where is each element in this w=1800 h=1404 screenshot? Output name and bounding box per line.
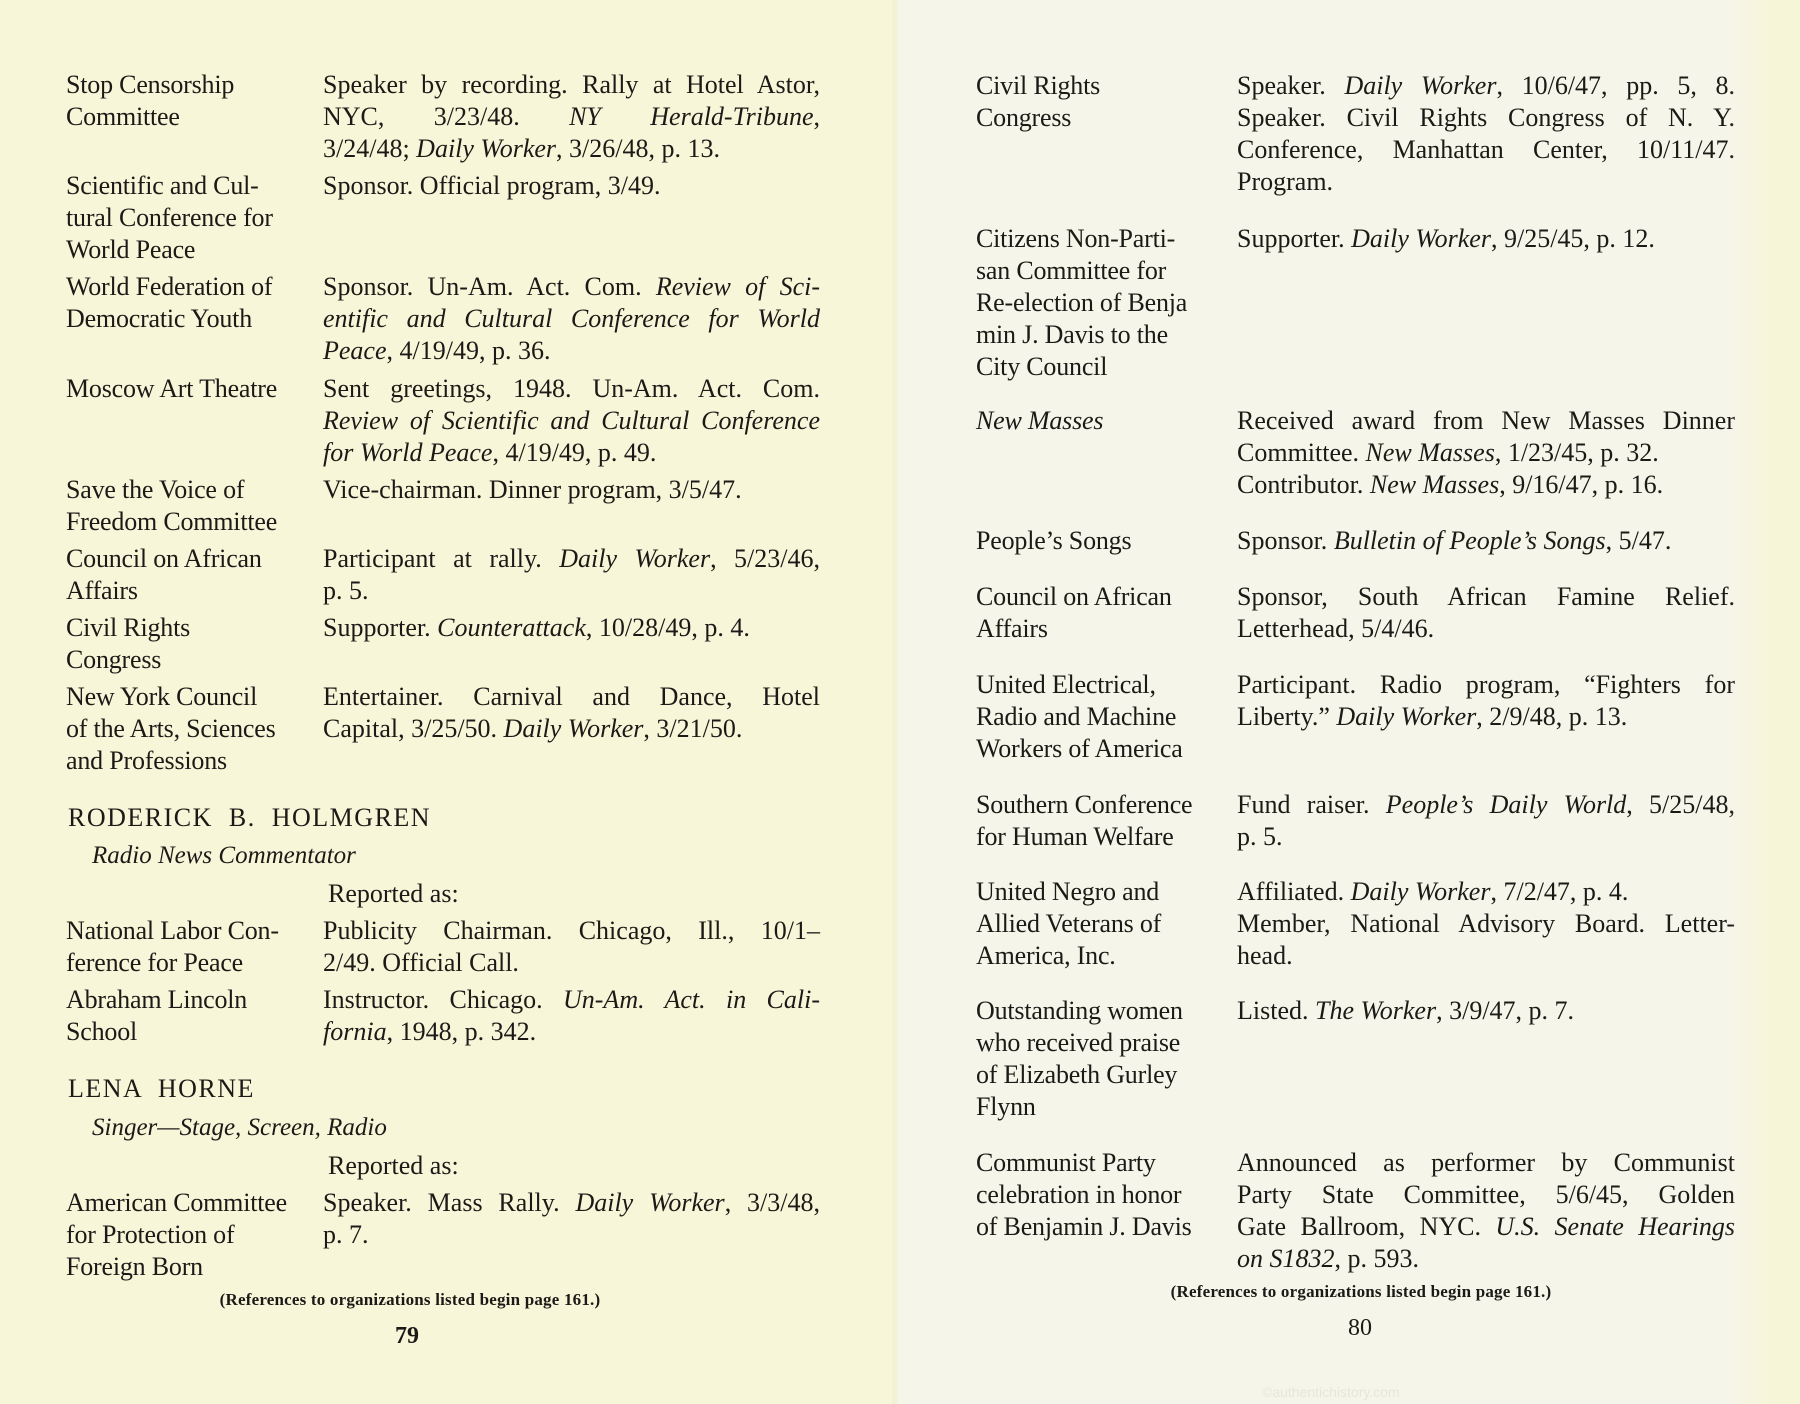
- organization-line: Moscow Art Theatre: [66, 373, 316, 405]
- organization-line: Southern Conference: [976, 789, 1226, 821]
- description-line: p. 5.: [1237, 821, 1735, 853]
- text-run: Sent greetings, 1948. Un-Am. Act. Com.: [323, 374, 820, 403]
- organization-name: Moscow Art Theatre: [66, 373, 316, 405]
- organization-line: Civil Rights: [976, 70, 1226, 102]
- publication-title: on S1832: [1237, 1244, 1335, 1273]
- organization-line: American Committee: [66, 1187, 316, 1219]
- activity-description: Supporter. Counterattack, 10/28/49, p. 4…: [323, 612, 820, 644]
- organization-line: Council on African: [976, 581, 1226, 613]
- description-line: Peace, 4/19/49, p. 36.: [323, 335, 820, 367]
- organization-line: Save the Voice of: [66, 474, 316, 506]
- organization-line: of the Arts, Sciences: [66, 713, 316, 745]
- organization-line: Foreign Born: [66, 1251, 316, 1283]
- reported-as-label: Reported as:: [328, 1150, 459, 1182]
- description-line: Sponsor, South African Famine Relief.: [1237, 581, 1735, 613]
- description-line: Instructor. Chicago. Un-Am. Act. in Cali…: [323, 984, 820, 1016]
- text-run: ,: [814, 102, 821, 131]
- organization-name: United Electrical,Radio and MachineWorke…: [976, 669, 1226, 765]
- publication-title: Daily Worker: [504, 714, 644, 743]
- activity-description: Listed. The Worker, 3/9/47, p. 7.: [1237, 995, 1735, 1027]
- text-run: , 3/3/48,: [725, 1188, 820, 1217]
- organization-line: New York Council: [66, 681, 316, 713]
- activity-description: Sponsor. Un-Am. Act. Com. Review of Sci-…: [323, 271, 820, 367]
- organization-line: Scientific and Cul-: [66, 170, 316, 202]
- publication-title: Review of Sci-: [656, 272, 820, 301]
- publication-title: Daily Worker: [416, 134, 556, 163]
- description-line: Participant at rally. Daily Worker, 5/23…: [323, 543, 820, 575]
- text-run: Speaker by recording. Rally at Hotel Ast…: [323, 70, 820, 99]
- text-run: , 1/23/45, p. 32.: [1495, 438, 1659, 467]
- publication-title: Daily Worker: [1351, 877, 1491, 906]
- text-run: , 7/2/47, p. 4.: [1490, 877, 1628, 906]
- organization-line: who received praise: [976, 1027, 1226, 1059]
- description-line: Capital, 3/25/50. Daily Worker, 3/21/50.: [323, 713, 820, 745]
- reported-as-label: Reported as:: [328, 878, 459, 910]
- description-line: Speaker. Mass Rally. Daily Worker, 3/3/4…: [323, 1187, 820, 1219]
- publication-title: The Worker: [1315, 996, 1436, 1025]
- organization-line: School: [66, 1016, 316, 1048]
- organization-line: Council on African: [66, 543, 316, 575]
- text-run: , 5/23/46,: [710, 544, 820, 573]
- organization-line: New Masses: [976, 405, 1226, 437]
- description-line: head.: [1237, 940, 1735, 972]
- organization-line: Re-election of Benja: [976, 287, 1226, 319]
- organization-name: New York Councilof the Arts, Sciencesand…: [66, 681, 316, 777]
- text-run: Supporter.: [323, 613, 437, 642]
- organization-name: Civil RightsCongress: [66, 612, 316, 676]
- organization-line: celebration in honor: [976, 1179, 1226, 1211]
- publication-title: Daily Worker: [1351, 224, 1491, 253]
- activity-description: Supporter. Daily Worker, 9/25/45, p. 12.: [1237, 223, 1735, 255]
- organization-line: World Peace: [66, 234, 316, 266]
- description-line: Participant. Radio program, “Fighters fo…: [1237, 669, 1735, 701]
- description-line: Review of Scientific and Cultural Confer…: [323, 405, 820, 437]
- text-run: , 10/6/47, pp. 5, 8.: [1496, 71, 1735, 100]
- organization-line: World Federation of: [66, 271, 316, 303]
- organization-line: of Benjamin J. Davis: [976, 1211, 1226, 1243]
- text-run: Speaker. Civil Rights Congress of N. Y.: [1237, 103, 1735, 132]
- publication-title: Daily Worker: [575, 1188, 724, 1217]
- description-line: Announced as performer by Communist: [1237, 1147, 1735, 1179]
- person-name-horne: LENA HORNE: [68, 1073, 255, 1105]
- description-line: Sponsor. Un-Am. Act. Com. Review of Sci-: [323, 271, 820, 303]
- text-run: , 5/47.: [1606, 526, 1672, 555]
- publication-title: NY Herald-Tribune: [569, 102, 813, 131]
- text-run: Listed.: [1237, 996, 1315, 1025]
- text-run: Instructor. Chicago.: [323, 985, 563, 1014]
- activity-description: Speaker. Daily Worker, 10/6/47, pp. 5, 8…: [1237, 70, 1735, 198]
- publication-title: entific and Cultural Conference for Worl…: [323, 304, 820, 333]
- description-line: Supporter. Counterattack, 10/28/49, p. 4…: [323, 612, 820, 644]
- text-run: Conference, Manhattan Center, 10/11/47.: [1237, 135, 1735, 164]
- description-line: Fund raiser. People’s Daily World, 5/25/…: [1237, 789, 1735, 821]
- organization-line: Communist Party: [976, 1147, 1226, 1179]
- organization-line: Congress: [976, 102, 1226, 134]
- organization-line: Outstanding women: [976, 995, 1226, 1027]
- organization-name: American Committeefor Protection ofForei…: [66, 1187, 316, 1283]
- organization-name: World Federation ofDemocratic Youth: [66, 271, 316, 335]
- text-run: Participant at rally.: [323, 544, 559, 573]
- text-run: p. 5.: [1237, 822, 1283, 851]
- description-line: Member, National Advisory Board. Letter-: [1237, 908, 1735, 940]
- footnote: (References to organizations listed begi…: [1126, 1280, 1596, 1304]
- page-79: Stop CensorshipCommitteeSpeaker by recor…: [0, 0, 898, 1404]
- publication-title: Daily Worker: [1336, 702, 1476, 731]
- text-run: Liberty.”: [1237, 702, 1336, 731]
- publication-title: fornia: [323, 1017, 387, 1046]
- description-line: Conference, Manhattan Center, 10/11/47.: [1237, 134, 1735, 166]
- organization-line: tural Conference for: [66, 202, 316, 234]
- organization-line: Abraham Lincoln: [66, 984, 316, 1016]
- text-run: , 3/9/47, p. 7.: [1436, 996, 1574, 1025]
- text-run: Letterhead, 5/4/46.: [1237, 614, 1434, 643]
- text-run: Publicity Chairman. Chicago, Ill., 10/1–: [323, 916, 820, 945]
- page-number: 79: [370, 1321, 444, 1351]
- activity-description: Sponsor, South African Famine Relief.Let…: [1237, 581, 1735, 645]
- description-line: Speaker. Civil Rights Congress of N. Y.: [1237, 102, 1735, 134]
- text-run: Received award from New Masses Dinner: [1237, 406, 1735, 435]
- description-line: Sponsor. Bulletin of People’s Songs, 5/4…: [1237, 525, 1735, 557]
- organization-line: for Human Welfare: [976, 821, 1226, 853]
- text-run: head.: [1237, 941, 1293, 970]
- activity-description: Sponsor. Bulletin of People’s Songs, 5/4…: [1237, 525, 1735, 557]
- organization-name: Outstanding womenwho received praiseof E…: [976, 995, 1226, 1123]
- organization-line: Citizens Non-Parti-: [976, 223, 1226, 255]
- text-run: , 1948, p. 342.: [387, 1017, 537, 1046]
- publication-title: Peace: [323, 336, 387, 365]
- text-run: , p. 593.: [1335, 1244, 1420, 1273]
- description-line: on S1832, p. 593.: [1237, 1243, 1735, 1275]
- activity-description: Speaker. Mass Rally. Daily Worker, 3/3/4…: [323, 1187, 820, 1251]
- person-role-horne: Singer—Stage, Screen, Radio: [92, 1112, 387, 1144]
- description-line: Speaker by recording. Rally at Hotel Ast…: [323, 69, 820, 101]
- activity-description: Fund raiser. People’s Daily World, 5/25/…: [1237, 789, 1735, 853]
- organization-line: Freedom Committee: [66, 506, 316, 538]
- organization-name: Council on AfricanAffairs: [976, 581, 1226, 645]
- organization-line: san Committee for: [976, 255, 1226, 287]
- organization-name: Scientific and Cul-tural Conference forW…: [66, 170, 316, 266]
- text-run: p. 5.: [323, 576, 369, 605]
- activity-description: Sent greetings, 1948. Un-Am. Act. Com.Re…: [323, 373, 820, 469]
- publication-title: Un-Am. Act. in Cali-: [563, 985, 820, 1014]
- text-run: Program.: [1237, 167, 1333, 196]
- text-run: Participant. Radio program, “Fighters fo…: [1237, 670, 1735, 699]
- organization-line: Stop Censorship: [66, 69, 316, 101]
- text-run: Entertainer. Carnival and Dance, Hotel: [323, 682, 820, 711]
- description-line: Gate Ballroom, NYC. U.S. Senate Hearings: [1237, 1211, 1735, 1243]
- organization-line: Radio and Machine: [976, 701, 1226, 733]
- organization-line: ference for Peace: [66, 947, 316, 979]
- organization-line: America, Inc.: [976, 940, 1226, 972]
- organization-line: Affairs: [976, 613, 1226, 645]
- description-line: Sponsor. Official program, 3/49.: [323, 170, 820, 202]
- description-line: Publicity Chairman. Chicago, Ill., 10/1–: [323, 915, 820, 947]
- description-line: Committee. New Masses, 1/23/45, p. 32.: [1237, 437, 1735, 469]
- description-line: p. 5.: [323, 575, 820, 607]
- description-line: Received award from New Masses Dinner: [1237, 405, 1735, 437]
- description-line: Sent greetings, 1948. Un-Am. Act. Com.: [323, 373, 820, 405]
- description-line: Program.: [1237, 166, 1735, 198]
- description-line: Letterhead, 5/4/46.: [1237, 613, 1735, 645]
- organization-line: United Electrical,: [976, 669, 1226, 701]
- text-run: Committee.: [1237, 438, 1366, 467]
- description-line: 3/24/48; Daily Worker, 3/26/48, p. 13.: [323, 133, 820, 165]
- publication-title: People’s Daily World: [1386, 790, 1627, 819]
- text-run: Gate Ballroom, NYC.: [1237, 1212, 1495, 1241]
- organization-name: United Negro andAllied Veterans ofAmeric…: [976, 876, 1226, 972]
- text-run: Supporter.: [1237, 224, 1351, 253]
- organization-name: Stop CensorshipCommittee: [66, 69, 316, 133]
- organization-line: min J. Davis to the: [976, 319, 1226, 351]
- organization-line: Affairs: [66, 575, 316, 607]
- activity-description: Received award from New Masses DinnerCom…: [1237, 405, 1735, 501]
- organization-line: United Negro and: [976, 876, 1226, 908]
- organization-name: National Labor Con-ference for Peace: [66, 915, 316, 979]
- organization-name: Citizens Non-Parti-san Committee forRe-e…: [976, 223, 1226, 383]
- text-run: Capital, 3/25/50.: [323, 714, 504, 743]
- text-run: Announced as performer by Communist: [1237, 1148, 1735, 1177]
- publication-title: New Masses: [1366, 438, 1495, 467]
- organization-line: and Professions: [66, 745, 316, 777]
- description-line: for World Peace, 4/19/49, p. 49.: [323, 437, 820, 469]
- text-run: Sponsor.: [1237, 526, 1334, 555]
- description-line: entific and Cultural Conference for Worl…: [323, 303, 820, 335]
- description-line: Speaker. Daily Worker, 10/6/47, pp. 5, 8…: [1237, 70, 1735, 102]
- text-run: Speaker. Mass Rally.: [323, 1188, 575, 1217]
- publication-title: Review of Scientific and Cultural Confer…: [323, 406, 820, 435]
- organization-name: Council on AfricanAffairs: [66, 543, 316, 607]
- publication-title: New Masses: [1370, 470, 1499, 499]
- text-run: , 5/25/48,: [1626, 790, 1735, 819]
- text-run: Sponsor. Official program, 3/49.: [323, 171, 660, 200]
- person-name-holmgren: RODERICK B. HOLMGREN: [68, 802, 431, 834]
- organization-line: National Labor Con-: [66, 915, 316, 947]
- description-line: Contributor. New Masses, 9/16/47, p. 16.: [1237, 469, 1735, 501]
- text-run: , 10/28/49, p. 4.: [586, 613, 750, 642]
- publication-title: U.S. Senate Hearings: [1495, 1212, 1735, 1241]
- organization-line: People’s Songs: [976, 525, 1226, 557]
- publication-title: Daily Worker: [559, 544, 710, 573]
- page-80: Civil RightsCongressSpeaker. Daily Worke…: [898, 0, 1800, 1404]
- activity-description: Entertainer. Carnival and Dance, HotelCa…: [323, 681, 820, 745]
- organization-name: Communist Partycelebration in honorof Be…: [976, 1147, 1226, 1243]
- activity-description: Participant. Radio program, “Fighters fo…: [1237, 669, 1735, 733]
- activity-description: Publicity Chairman. Chicago, Ill., 10/1–…: [323, 915, 820, 979]
- activity-description: Sponsor. Official program, 3/49.: [323, 170, 820, 202]
- activity-description: Speaker by recording. Rally at Hotel Ast…: [323, 69, 820, 165]
- text-run: Member, National Advisory Board. Letter-: [1237, 909, 1735, 938]
- publication-title: for World Peace: [323, 438, 492, 467]
- organization-name: Civil RightsCongress: [976, 70, 1226, 134]
- activity-description: Affiliated. Daily Worker, 7/2/47, p. 4.M…: [1237, 876, 1735, 972]
- description-line: fornia, 1948, p. 342.: [323, 1016, 820, 1048]
- activity-description: Announced as performer by CommunistParty…: [1237, 1147, 1735, 1275]
- text-run: Vice-chairman. Dinner program, 3/5/47.: [323, 475, 742, 504]
- publication-title: Bulletin of People’s Songs: [1334, 526, 1606, 555]
- description-line: p. 7.: [323, 1219, 820, 1251]
- description-line: Listed. The Worker, 3/9/47, p. 7.: [1237, 995, 1735, 1027]
- description-line: Supporter. Daily Worker, 9/25/45, p. 12.: [1237, 223, 1735, 255]
- text-run: Sponsor. Un-Am. Act. Com.: [323, 272, 656, 301]
- organization-name: New Masses: [976, 405, 1226, 437]
- footnote: (References to organizations listed begi…: [200, 1288, 620, 1312]
- text-run: , 4/19/49, p. 36.: [387, 336, 551, 365]
- activity-description: Instructor. Chicago. Un-Am. Act. in Cali…: [323, 984, 820, 1048]
- text-run: Affiliated.: [1237, 877, 1351, 906]
- organization-line: Civil Rights: [66, 612, 316, 644]
- description-line: Vice-chairman. Dinner program, 3/5/47.: [323, 474, 820, 506]
- text-run: Sponsor, South African Famine Relief.: [1237, 582, 1735, 611]
- text-run: Speaker.: [1237, 71, 1344, 100]
- organization-line: Congress: [66, 644, 316, 676]
- organization-line: Democratic Youth: [66, 303, 316, 335]
- organization-name: Southern Conferencefor Human Welfare: [976, 789, 1226, 853]
- text-run: , 4/19/49, p. 49.: [492, 438, 656, 467]
- organization-line: of Elizabeth Gurley: [976, 1059, 1226, 1091]
- text-run: , 3/21/50.: [643, 714, 742, 743]
- publication-title: Counterattack: [437, 613, 586, 642]
- text-run: NYC, 3/23/48.: [323, 102, 569, 131]
- organization-line: Committee: [66, 101, 316, 133]
- organization-line: Allied Veterans of: [976, 908, 1226, 940]
- text-run: Contributor.: [1237, 470, 1370, 499]
- description-line: 2/49. Official Call.: [323, 947, 820, 979]
- activity-description: Vice-chairman. Dinner program, 3/5/47.: [323, 474, 820, 506]
- description-line: Affiliated. Daily Worker, 7/2/47, p. 4.: [1237, 876, 1735, 908]
- description-line: Entertainer. Carnival and Dance, Hotel: [323, 681, 820, 713]
- description-line: NYC, 3/23/48. NY Herald-Tribune,: [323, 101, 820, 133]
- text-run: 3/24/48;: [323, 134, 416, 163]
- text-run: 2/49. Official Call.: [323, 948, 519, 977]
- text-run: , 3/26/48, p. 13.: [556, 134, 720, 163]
- person-role-holmgren: Radio News Commentator: [92, 840, 356, 872]
- description-line: Party State Committee, 5/6/45, Golden: [1237, 1179, 1735, 1211]
- publication-title: Daily Worker: [1344, 71, 1496, 100]
- organization-name: Abraham LincolnSchool: [66, 984, 316, 1048]
- activity-description: Participant at rally. Daily Worker, 5/23…: [323, 543, 820, 607]
- text-run: Fund raiser.: [1237, 790, 1386, 819]
- description-line: Liberty.” Daily Worker, 2/9/48, p. 13.: [1237, 701, 1735, 733]
- page-number: 80: [1323, 1313, 1397, 1343]
- text-run: , 2/9/48, p. 13.: [1476, 702, 1627, 731]
- organization-name: Save the Voice ofFreedom Committee: [66, 474, 316, 538]
- organization-line: Flynn: [976, 1091, 1226, 1123]
- text-run: Party State Committee, 5/6/45, Golden: [1237, 1180, 1735, 1209]
- organization-line: City Council: [976, 351, 1226, 383]
- organization-line: Workers of America: [976, 733, 1226, 765]
- text-run: , 9/16/47, p. 16.: [1499, 470, 1663, 499]
- text-run: p. 7.: [323, 1220, 369, 1249]
- watermark: ©authentichistory.com: [1262, 1384, 1400, 1400]
- organization-line: for Protection of: [66, 1219, 316, 1251]
- text-run: , 9/25/45, p. 12.: [1491, 224, 1655, 253]
- organization-name: People’s Songs: [976, 525, 1226, 557]
